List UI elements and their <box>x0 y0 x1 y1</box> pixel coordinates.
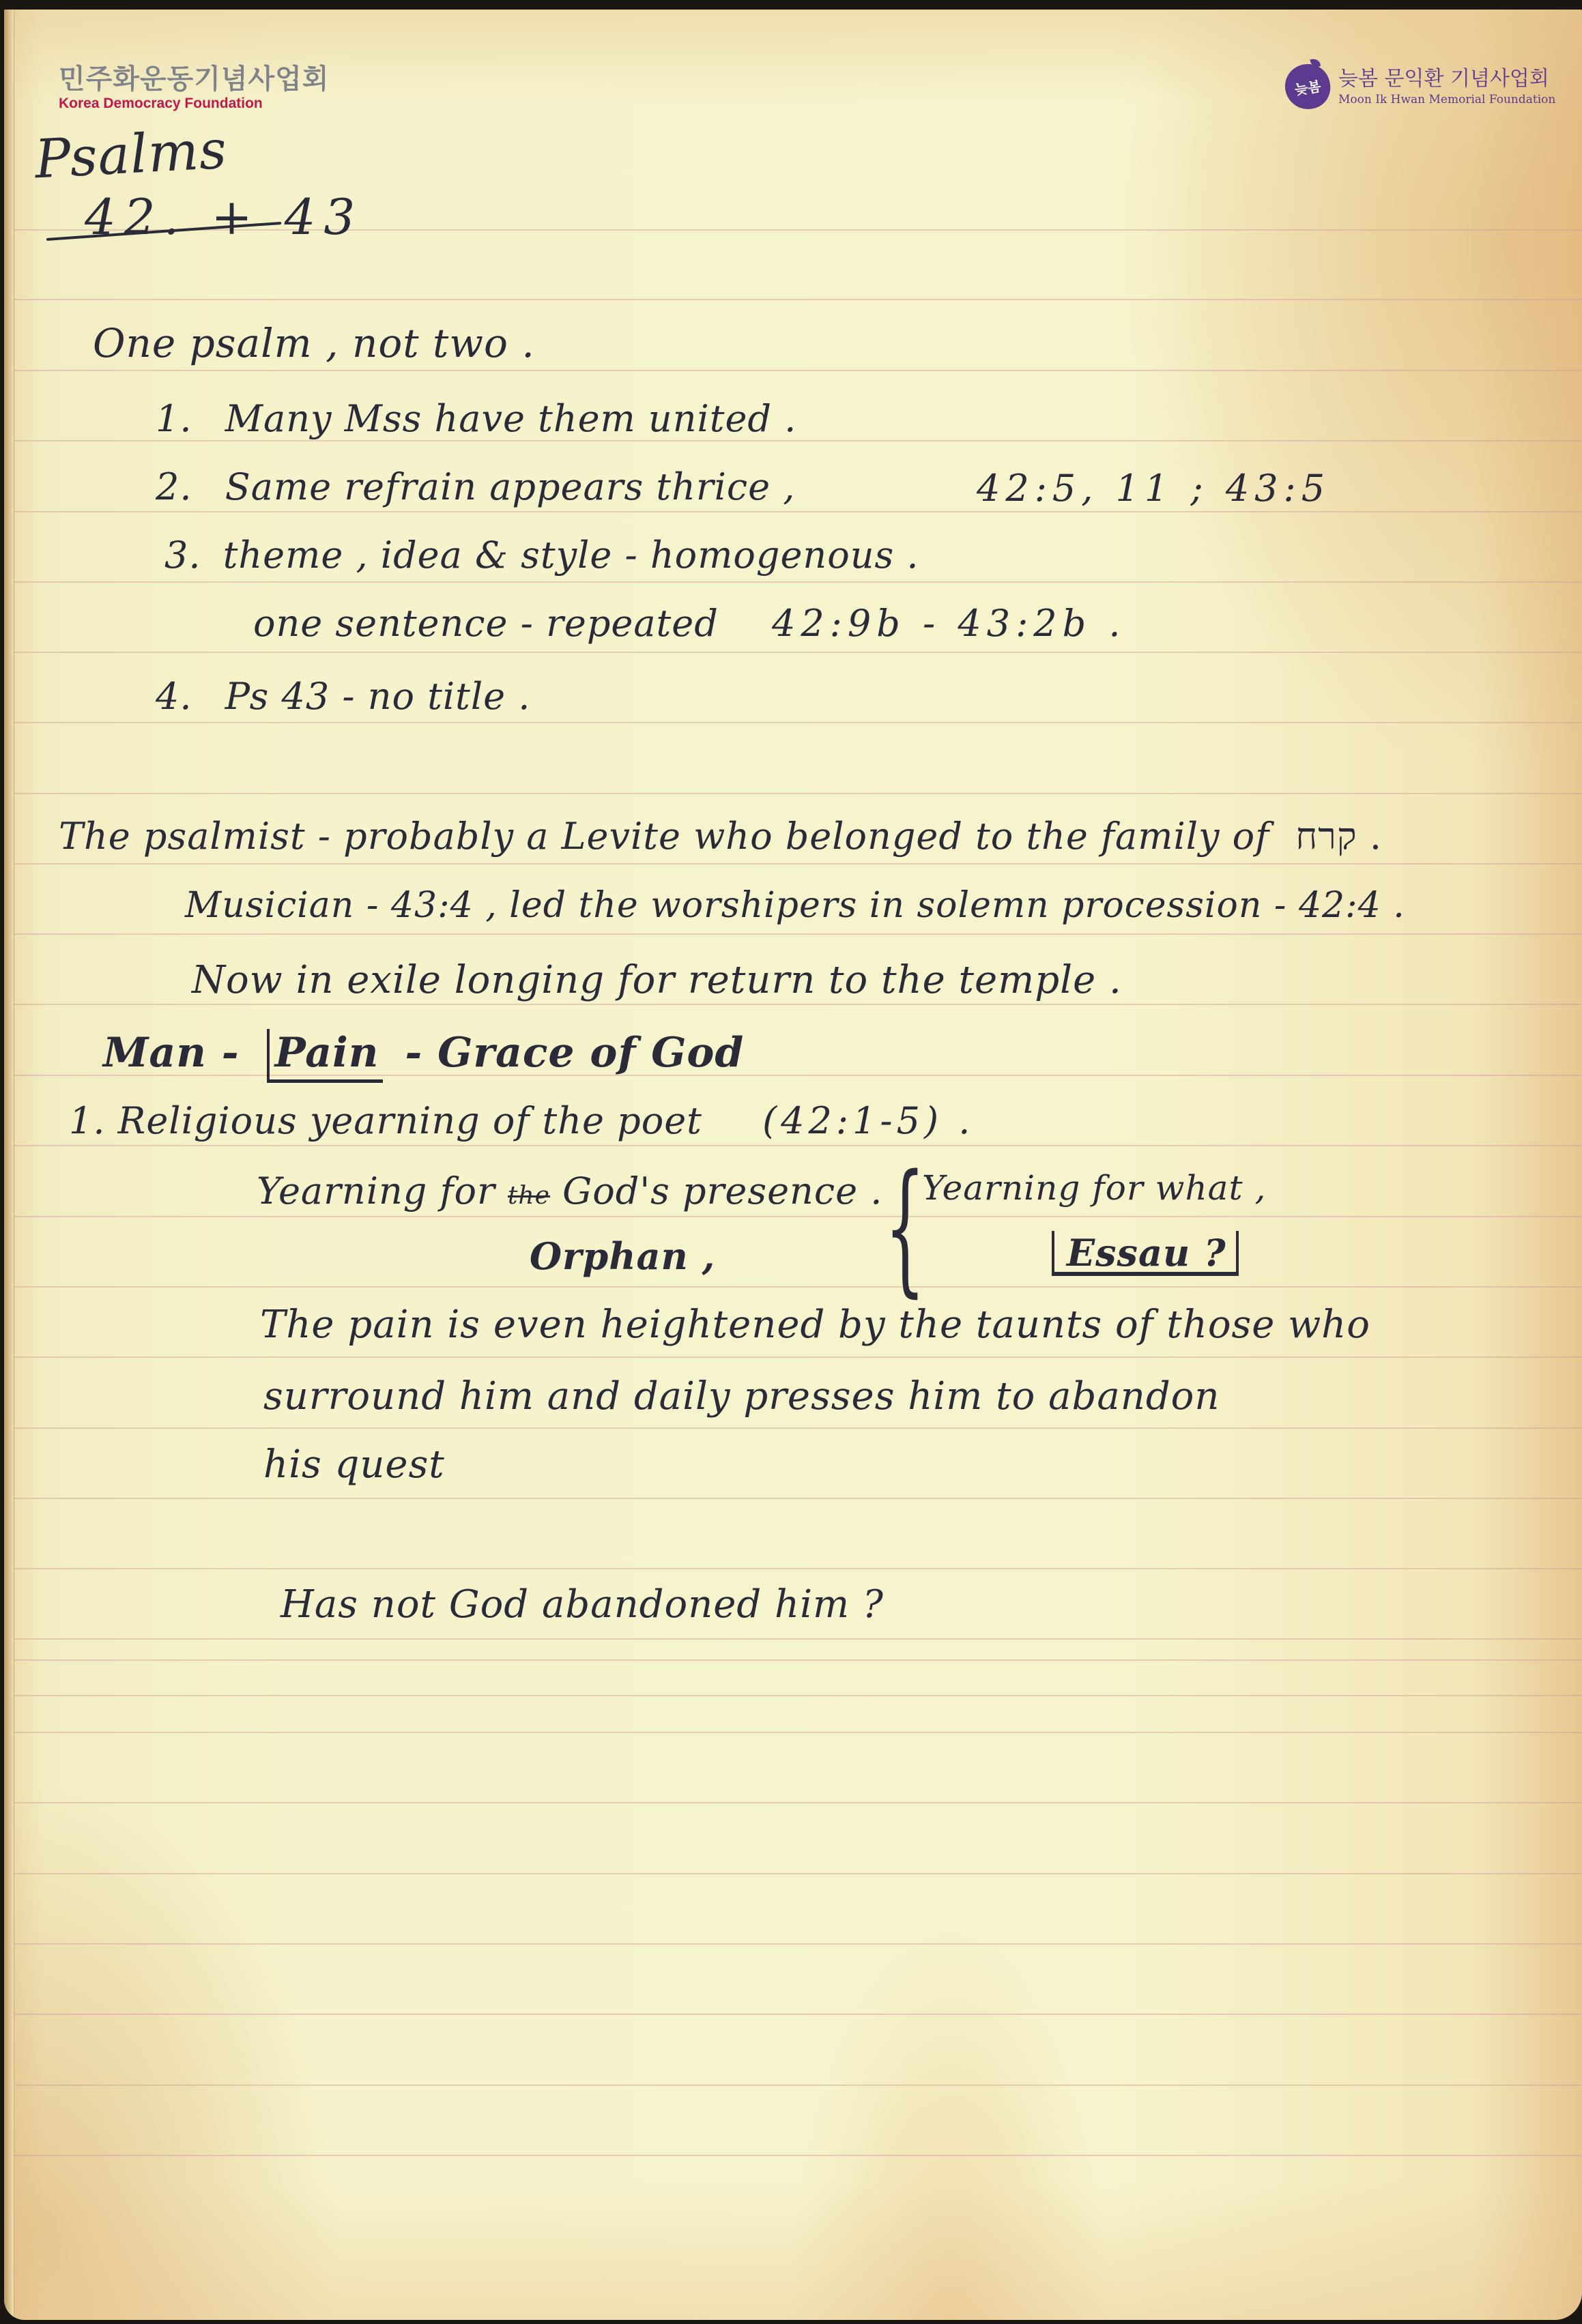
ruled-line <box>14 793 1582 794</box>
list-item: 2. Same refrain appears thrice , <box>156 465 795 508</box>
ruled-line <box>14 1802 1582 1803</box>
yearning-text: Yearning for <box>257 1170 495 1212</box>
item-number: 4. <box>156 675 192 718</box>
ruled-line <box>14 581 1582 583</box>
point-text: 1. Religious yearning of the poet <box>69 1099 702 1142</box>
paragraph-line: Now in exile longing for return to the t… <box>192 958 1122 1002</box>
paragraph-line: The pain is even heightened by the taunt… <box>260 1303 1370 1347</box>
paragraph-line: surround him and daily presses him to ab… <box>263 1374 1220 1419</box>
korea-democracy-foundation-logo: 민주화운동기념사업회 Korea Democracy Foundation <box>59 64 329 112</box>
essau-text: Essau ? <box>1067 1231 1226 1275</box>
item-text: Same refrain appears thrice , <box>225 465 796 508</box>
list-item: 1. Many Mss have them united . <box>156 397 796 440</box>
yearning-text-rest: God's presence . <box>562 1170 882 1212</box>
essau-underlined-box: Essau ? <box>1052 1231 1239 1276</box>
paragraph-line: Musician - 43:4 , led the worshipers in … <box>185 885 1405 926</box>
item-text: theme , idea & style - homogenous . <box>223 534 919 577</box>
ruled-line <box>14 440 1582 441</box>
ruled-line <box>14 2155 1582 2156</box>
ruled-line <box>14 1427 1582 1429</box>
ruled-line <box>14 1568 1582 1569</box>
item-number: 3. <box>164 534 201 577</box>
ruled-line <box>14 1004 1582 1005</box>
verse-reference: 42:5, 11 ; 43:5 <box>977 467 1330 510</box>
ruled-line <box>14 863 1582 865</box>
item-text: Ps 43 - no title . <box>225 675 531 718</box>
ruled-line <box>14 933 1582 935</box>
logo-korean-text: 늦봄 문익환 기념사업회 <box>1338 67 1555 91</box>
paragraph-line: The psalmist - probably a Levite who bel… <box>59 815 1382 858</box>
list-item: 3. theme , idea & style - homogenous . <box>164 534 919 577</box>
ruled-line <box>14 1216 1582 1217</box>
moon-ik-hwan-foundation-logo: 늦봄 늦봄 문익환 기념사업회 Moon Ik Hwan Memorial Fo… <box>1285 64 1555 109</box>
psalmist-text: The psalmist - probably a Levite who bel… <box>59 815 1269 858</box>
ruled-line <box>14 1732 1582 1733</box>
ruled-line <box>14 2014 1582 2015</box>
orphan-note: Orphan , <box>530 1234 715 1278</box>
notebook-page: 민주화운동기념사업회 Korea Democracy Foundation 늦봄… <box>4 10 1582 2320</box>
ruled-line <box>14 1638 1582 1640</box>
ruled-line <box>14 1659 1582 1661</box>
ruled-line <box>14 370 1582 371</box>
yearning-line: Yearning for the God's presence . <box>257 1170 882 1212</box>
ruled-line <box>14 1286 1582 1288</box>
theme-grace: - Grace of God <box>405 1029 744 1077</box>
brace-note-line: Yearning for what , <box>922 1168 1266 1208</box>
point-heading: 1. Religious yearning of the poet (42:1-… <box>69 1099 974 1142</box>
page-binding-edge <box>4 10 14 2320</box>
section-heading: One psalm , not two . <box>93 320 535 366</box>
ruled-line <box>14 722 1582 723</box>
ruled-line <box>14 299 1582 300</box>
verse-reference: 42:9b - 43:2b . <box>772 602 1126 645</box>
ruled-line <box>14 1695 1582 1696</box>
paragraph-line: his quest <box>263 1442 445 1487</box>
struck-word: the <box>508 1182 550 1210</box>
curly-brace-icon: { <box>885 1156 925 1299</box>
ruled-line <box>14 511 1582 512</box>
hebrew-korah-text: קרח . <box>1295 815 1382 858</box>
ruled-line <box>14 1145 1582 1146</box>
list-item-continuation: one sentence - repeated 42:9b - 43:2b . <box>253 602 1126 645</box>
verse-reference: (42:1-5) . <box>762 1099 974 1142</box>
item-number: 1. <box>156 397 192 440</box>
ruled-line <box>14 1873 1582 1874</box>
ruled-line <box>14 1943 1582 1945</box>
page-subtitle-psalm-numbers: 42. + 43 <box>85 188 363 246</box>
ruled-line <box>14 1356 1582 1358</box>
ruled-line <box>14 652 1582 653</box>
emblem-text: 늦봄 <box>1293 75 1322 98</box>
ruled-line <box>14 2085 1582 2086</box>
item-text: Many Mss have them united . <box>225 397 797 440</box>
theme-line: Man - Pain - Grace of God <box>103 1029 744 1077</box>
page-title: Psalms <box>33 119 229 191</box>
item-text: one sentence - repeated <box>253 602 719 645</box>
logo-korean-text: 민주화운동기념사업회 <box>59 64 329 94</box>
theme-man: Man - <box>103 1029 240 1077</box>
closing-question: Has not God abandoned him ? <box>281 1582 884 1627</box>
neutbom-emblem-icon: 늦봄 <box>1282 61 1334 113</box>
item-number: 2. <box>156 465 192 508</box>
logo-english-text: Moon Ik Hwan Memorial Foundation <box>1338 93 1555 106</box>
logo-english-text: Korea Democracy Foundation <box>59 96 329 112</box>
list-item: 4. Ps 43 - no title . <box>156 675 530 718</box>
theme-pain-boxed: Pain <box>267 1029 384 1083</box>
ruled-line <box>14 1498 1582 1499</box>
